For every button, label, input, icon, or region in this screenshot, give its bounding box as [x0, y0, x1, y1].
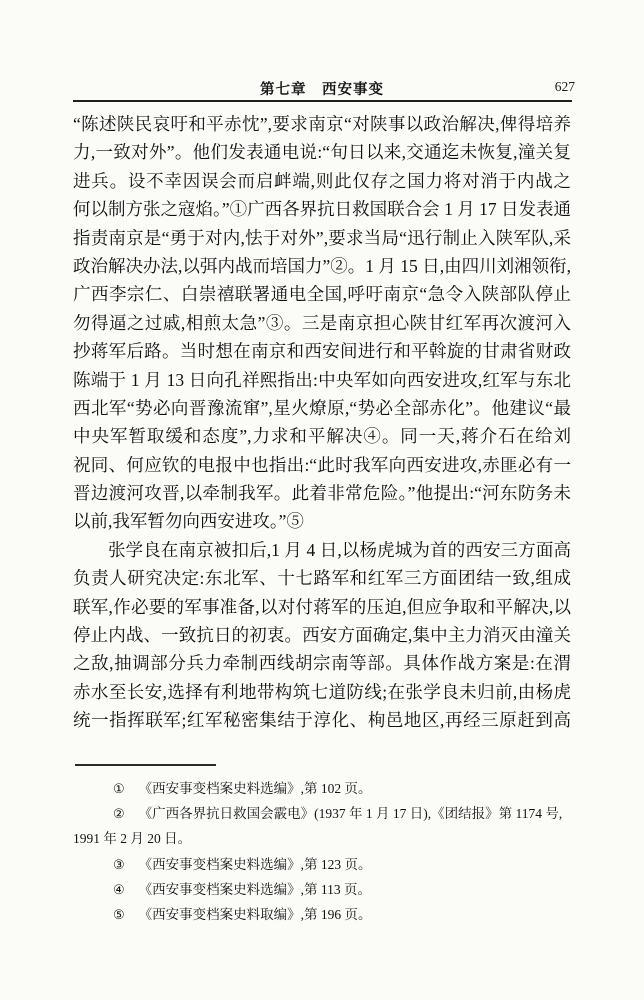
- body-line: 抄蒋军后路。当时想在南京和西安间进行和平斡旋的甘肃省财政厅长: [73, 337, 571, 365]
- footnote-item: ①《西安事变档案史料选编》,第 102 页。: [73, 776, 633, 801]
- body-line: 中央军暂取缓和态度”,力求和平解决④。同一天,蒋介石在给刘峙、顾: [73, 422, 571, 450]
- footnote-item: ⑤《西安事变档案史料取编》,第 196 页。: [73, 902, 633, 927]
- footnote-text: 《西安事变档案史料选编》,第 102 页。: [139, 781, 372, 796]
- body-line: 联军,作必要的军事准备,以对付蒋军的压迫,但应争取和平解决,以遂: [73, 593, 571, 621]
- footnote-continuation: 1991 年 2 月 20 日。: [73, 826, 633, 851]
- page-number: 627: [555, 79, 575, 95]
- chapter-title: 第七章 西安事变: [73, 78, 571, 99]
- running-header: 第七章 西安事变 627: [73, 78, 571, 98]
- body-line: 何以制方张之寇焰。”①广西各界抗日救国联合会 1 月 17 日发表通电,: [73, 195, 571, 223]
- body-line-paragraph-end: 以前,我军暂勿向西安进攻。”⑤: [73, 507, 571, 535]
- footnote-item: ②《广西各界抗日救国会霰电》(1937 年 1 月 17 日),《团结报》第 1…: [73, 801, 633, 826]
- footnote-marker: ⑤: [113, 902, 125, 927]
- footnote-separator: [75, 764, 216, 766]
- body-line: 政治解决办法,以弭内战而培国力”②。1 月 15 日,由四川刘湘领衔,: [73, 252, 571, 280]
- footnote-marker: ②: [113, 801, 125, 826]
- body-line-paragraph-start: 张学良在南京被扣后,1 月 4 日,以杨虎城为首的西安三方面高级: [73, 536, 571, 564]
- body-line: 勿得逼之过戚,相煎太急”③。三是南京担心陕甘红军再次渡河入晋,: [73, 309, 571, 337]
- body-line: 广西李宗仁、白崇禧联署通电全国,呼吁南京“急令入陕部队停止进行,: [73, 280, 571, 308]
- footnote-text: 《西安事变档案史料选编》,第 113 页。: [139, 882, 371, 897]
- body-line: 力,一致对外”。他们发表通电说:“旬日以来,交通迄未恢复,潼关复又: [73, 138, 571, 166]
- body-line: 统一指挥联军;红军秘密集结于淳化、栒邑地区,再经三原赶到高陵地: [73, 706, 571, 734]
- body-line: 进兵。设不幸因误会而启衅端,则此仅存之国力将对消于内战之中,其: [73, 167, 571, 195]
- footnotes: ①《西安事变档案史料选编》,第 102 页。 ②《广西各界抗日救国会霰电》(19…: [73, 776, 633, 927]
- body-line: “陈述陕民哀吁和平赤忱”,要求南京“对陕事以政治解决,俾得培养国: [73, 110, 571, 138]
- footnote-marker: ④: [113, 877, 125, 902]
- footnote-item: ③《西安事变档案史料选编》,第 123 页。: [73, 852, 633, 877]
- body-line: 晋边渡河攻晋,以牵制我军。此着非常危险。”他提出:“河东防务未固: [73, 479, 571, 507]
- body-line: 西北军“势必向晋豫流窜”,星火燎原,“势必全部赤化”。他建议“最好: [73, 394, 571, 422]
- header-rule: [73, 100, 572, 102]
- body-line: 负责人研究决定:东北军、十七路军和红军三方面团结一致,组成抗日: [73, 564, 571, 592]
- footnote-marker: ③: [113, 852, 125, 877]
- body-line: 指责南京是“勇于对内,怯于对外”,要求当局“迅行制止入陕军队,采取: [73, 224, 571, 252]
- footnote-text: 1991 年 2 月 20 日。: [73, 831, 191, 846]
- footnote-marker: ①: [113, 776, 125, 801]
- body-line: 停止内战、一致抗日的初衷。西安方面确定,集中主力消灭由潼关西进: [73, 621, 571, 649]
- footnote-text: 《广西各界抗日救国会霰电》(1937 年 1 月 17 日),《团结报》第 11…: [139, 806, 563, 821]
- body-text: “陈述陕民哀吁和平赤忱”,要求南京“对陕事以政治解决,俾得培养国 力,一致对外”…: [73, 110, 571, 735]
- body-line: 陈端于 1 月 13 日向孔祥熙指出:中央军如向西安进攻,红军与东北军、: [73, 366, 571, 394]
- body-line: 赤水至长安,选择有利地带构筑七道防线;在张学良未归前,由杨虎城: [73, 678, 571, 706]
- footnote-item: ④《西安事变档案史料选编》,第 113 页。: [73, 877, 633, 902]
- footnote-text: 《西安事变档案史料取编》,第 196 页。: [139, 907, 372, 922]
- body-line: 祝同、何应钦的电报中也指出:“此时我军向西安进攻,赤匪必有一部向: [73, 451, 571, 479]
- footnote-text: 《西安事变档案史料选编》,第 123 页。: [139, 857, 372, 872]
- book-page: 第七章 西安事变 627 “陈述陕民哀吁和平赤忱”,要求南京“对陕事以政治解决,…: [0, 0, 644, 1000]
- body-line: 之敌,抽调部分兵力牵制西线胡宗南等部。具体作战方案是:在渭南的: [73, 649, 571, 677]
